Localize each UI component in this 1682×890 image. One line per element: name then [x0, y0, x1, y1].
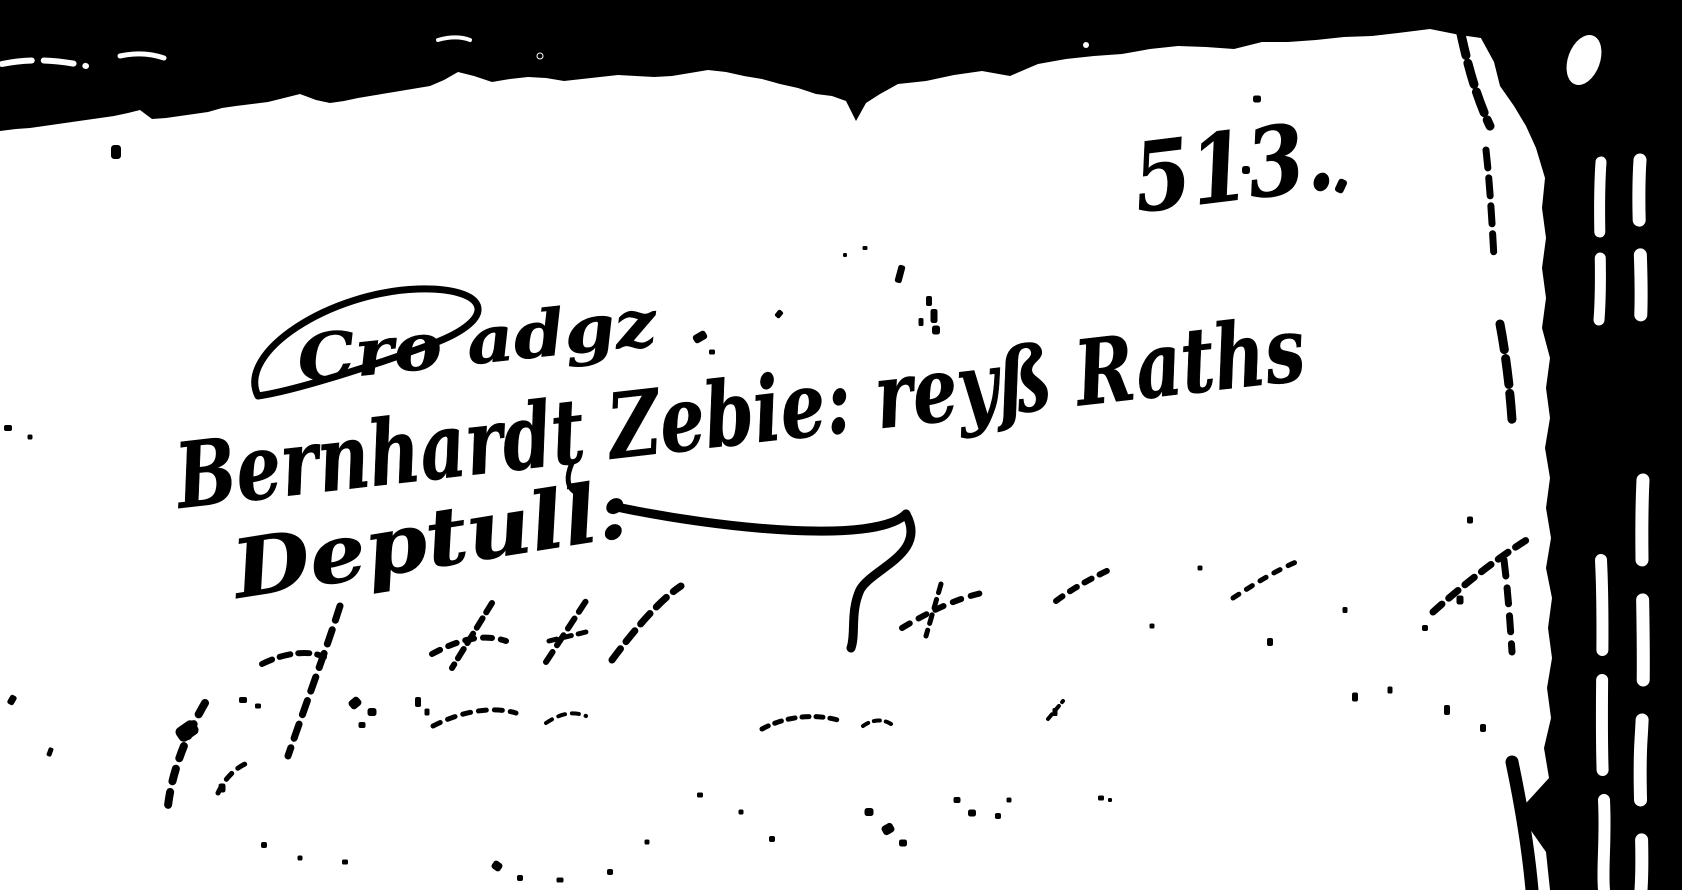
ink-speck: [1007, 798, 1012, 803]
ink-speck: [1388, 687, 1393, 694]
ink-speck: [645, 840, 650, 845]
ink-speck: [1198, 566, 1203, 571]
ink-speck: [1267, 638, 1273, 646]
ink-speck: [1098, 796, 1104, 801]
ink-speck: [968, 810, 976, 817]
ink-speck: [769, 836, 775, 842]
ink-speck: [865, 808, 874, 816]
ink-speck: [342, 860, 348, 865]
ink-speck: [1480, 724, 1486, 732]
ink-speck: [517, 875, 523, 881]
ink-speck: [111, 145, 121, 159]
ink-speck: [607, 869, 613, 875]
ink-speck: [239, 697, 247, 703]
ink-speck: [1444, 705, 1450, 715]
ink-speck: [368, 708, 377, 716]
ink-speck: [1253, 96, 1261, 103]
ink-speck: [926, 296, 932, 306]
ink-speck: [4, 425, 12, 431]
ink-speck: [298, 856, 303, 861]
ink-speck: [219, 784, 226, 793]
ink-speck: [931, 309, 938, 323]
ink-speck: [709, 350, 715, 355]
ink-speck: [261, 842, 267, 848]
ink-speck: [1422, 625, 1428, 631]
ink-speck: [1457, 596, 1464, 605]
ink-speck: [425, 709, 430, 716]
binding-streak: [1601, 560, 1605, 890]
ink-speck: [1108, 798, 1112, 802]
manuscript-scan-page: 513. Cro adgz Bernhardt Zebie: reyß Rath…: [0, 0, 1682, 890]
page-canvas: 513. Cro adgz Bernhardt Zebie: reyß Rath…: [0, 0, 1682, 890]
ink-speck: [1242, 166, 1250, 174]
ink-speck: [1352, 693, 1358, 702]
ink-speck: [557, 878, 564, 883]
ink-speck: [932, 326, 940, 335]
ink-speck: [1467, 517, 1473, 524]
band-highlight: [1083, 42, 1089, 48]
ink-speck: [843, 253, 847, 257]
ink-speck: [697, 793, 703, 798]
ink-speck: [359, 722, 366, 728]
ink-speck: [954, 797, 961, 803]
ink-speck: [739, 810, 744, 815]
ink-speck: [1343, 607, 1348, 613]
ink-speck: [1150, 624, 1155, 629]
ink-speck: [415, 697, 421, 707]
ink-speck: [899, 840, 907, 847]
ink-speck: [995, 813, 1001, 819]
ink-speck: [28, 435, 33, 440]
ink-speck: [1053, 708, 1058, 716]
ink-speck: [255, 704, 261, 709]
ink-speck: [863, 246, 868, 250]
ink-speck: [919, 318, 924, 326]
